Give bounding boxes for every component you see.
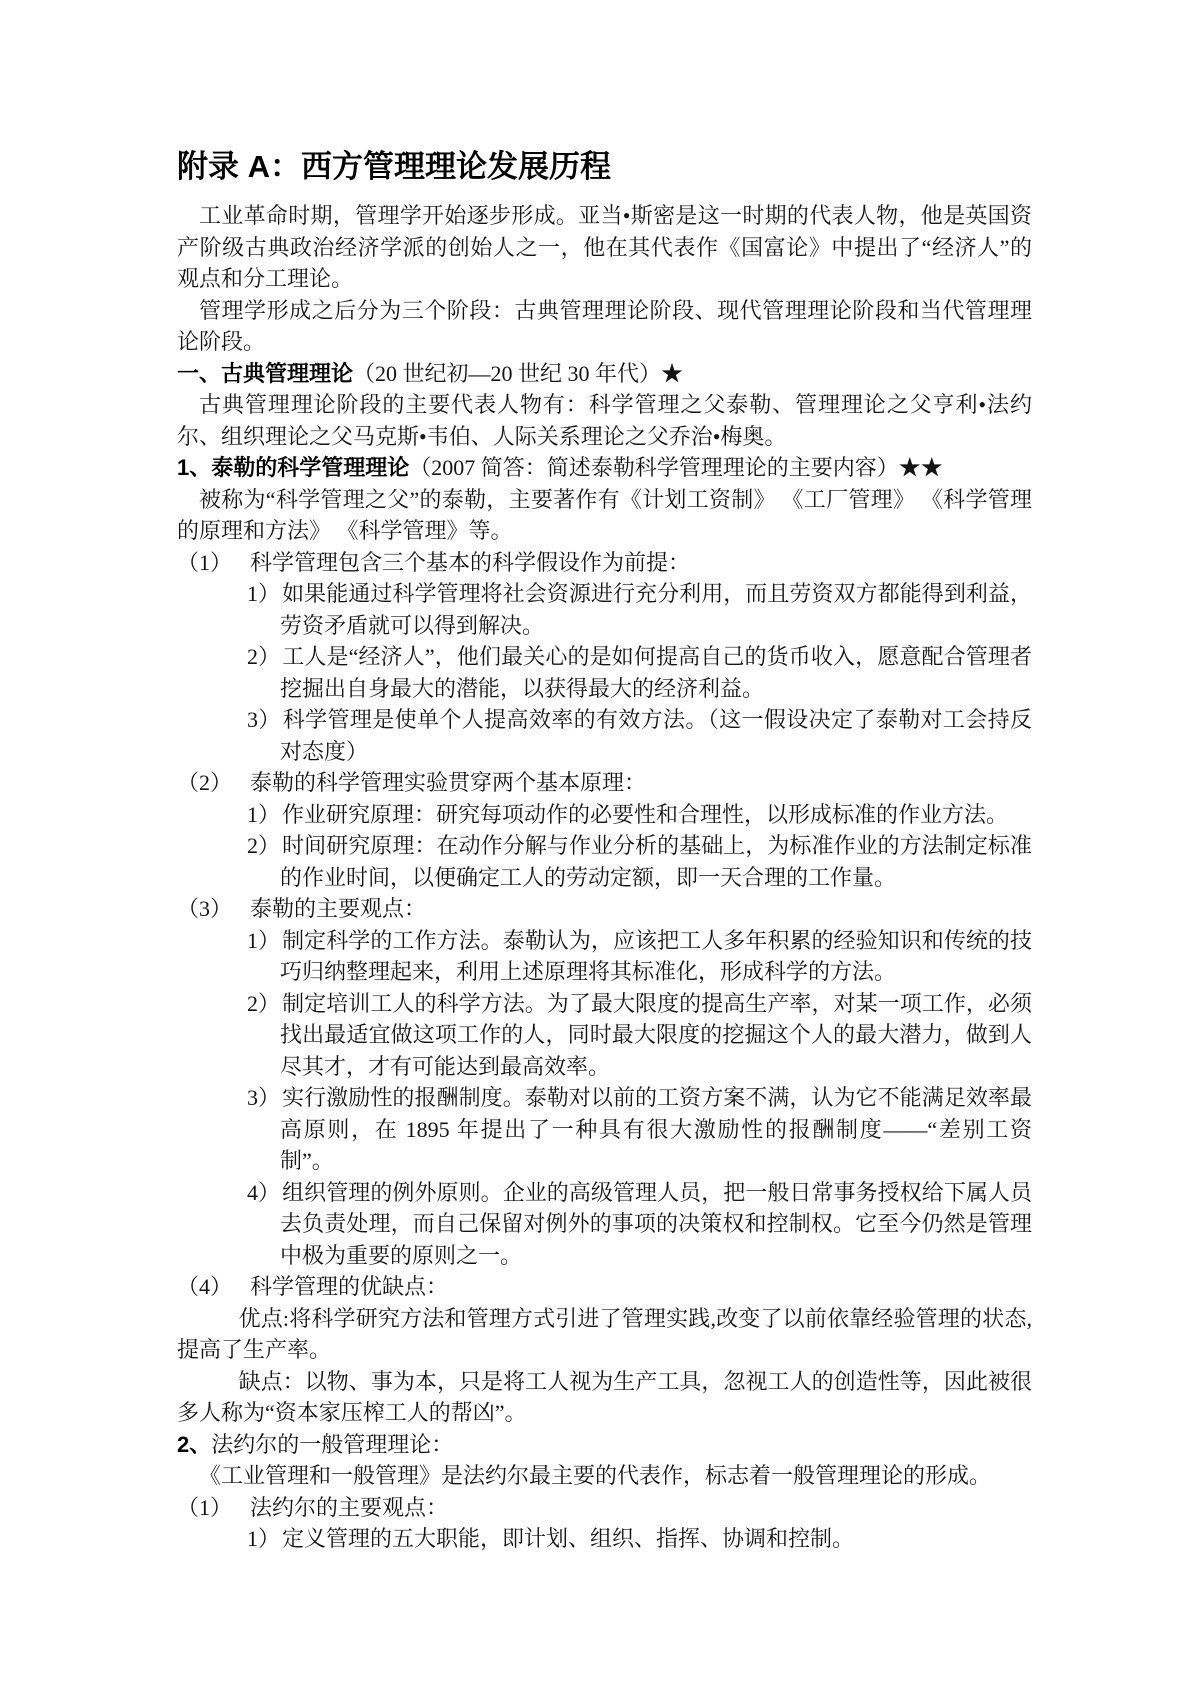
sub-point-text: 作业研究原理：研究每项动作的必要性和合理性，以形成标准的作业方法。 [282,802,1008,827]
taylor-point-3: （3）泰勒的主要观点： [177,893,1032,925]
sub-point-label: 3） [247,1085,280,1110]
fayol-works-paragraph: 《工业管理和一般管理》是法约尔最主要的代表作，标志着一般管理理论的形成。 [177,1460,1032,1492]
sub-point-label: 1） [247,928,280,953]
taylor-point-1-sub-1: 1）如果能通过科学管理将社会资源进行充分利用，而且劳资双方都能得到利益，劳资矛盾… [247,578,1032,641]
sub-point-label: 2） [247,644,280,669]
sub-point-label: 2） [247,833,280,858]
sub-point-text: 如果能通过科学管理将社会资源进行充分利用，而且劳资双方都能得到利益，劳资矛盾就可… [280,581,1032,638]
point-text: 科学管理的优缺点： [250,1274,448,1299]
page-title: 附录 A：西方管理理论发展历程 [177,147,1032,187]
sub-point-text: 工人是“经济人”，他们最关心的是如何提高自己的货币收入，愿意配合管理者挖掘出自身… [280,644,1032,701]
point-text: 科学管理包含三个基本的科学假设作为前提： [250,550,690,575]
taylor-point-2: （2）泰勒的科学管理实验贯穿两个基本原理： [177,767,1032,799]
intro-paragraph-1: 工业革命时期，管理学开始逐步形成。亚当•斯密是这一时期的代表人物，他是英国资产阶… [177,200,1032,295]
taylor-point-3-sub-4: 4）组织管理的例外原则。企业的高级管理人员，把一般日常事务授权给下属人员去负责处… [247,1177,1032,1272]
sub-point-label: 1） [247,1526,280,1551]
taylor-point-2-sub-1: 1）作业研究原理：研究每项动作的必要性和合理性，以形成标准的作业方法。 [247,799,1032,831]
point-text: 泰勒的科学管理实验贯穿两个基本原理： [250,770,646,795]
taylor-point-1: （1）科学管理包含三个基本的科学假设作为前提： [177,547,1032,579]
classical-representatives-paragraph: 古典管理理论阶段的主要代表人物有：科学管理之父泰勒、管理理论之父亨利•法约尔、组… [177,389,1032,452]
section-heading-bold-text: 一、古典管理理论 [177,361,353,386]
taylor-point-3-sub-2: 2）制定培训工人的科学方法。为了最大限度的提高生产率，对某一项工作，必须找出最适… [247,988,1032,1083]
sub-point-text: 时间研究原理：在动作分解与作业分析的基础上，为标准作业的方法制定标准的作业时间，… [280,833,1032,890]
sub-point-text: 制定培训工人的科学方法。为了最大限度的提高生产率，对某一项工作，必须找出最适宜做… [280,991,1032,1079]
sub-point-text: 科学管理是使单个人提高效率的有效方法。（这一假设决定了泰勒对工会持反对态度） [280,707,1032,764]
point-text: 泰勒的主要观点： [250,896,426,921]
taylor-advantages-paragraph: 优点:将科学研究方法和管理方式引进了管理实践,改变了以前依靠经验管理的状态,提高… [177,1303,1032,1366]
taylor-point-3-sub-3: 3）实行激励性的报酬制度。泰勒对以前的工资方案不满，认为它不能满足效率最高原则，… [247,1082,1032,1177]
point-label: （1） [177,1492,232,1524]
sub-point-text: 制定科学的工作方法。泰勒认为，应该把工人多年积累的经验知识和传统的技巧归纳整理起… [280,928,1032,985]
point-label: （2） [177,767,232,799]
sub-point-text: 实行激励性的报酬制度。泰勒对以前的工资方案不满，认为它不能满足效率最高原则，在 … [280,1085,1032,1173]
point-label: （1） [177,547,232,579]
point-text: 法约尔的主要观点： [250,1495,448,1520]
fayol-heading-bold-number: 2、 [177,1432,211,1457]
point-label: （4） [177,1271,232,1303]
taylor-disadvantages-paragraph: 缺点：以物、事为本，只是将工人视为生产工具，忽视工人的创造性等，因此被很多人称为… [177,1366,1032,1429]
taylor-point-4: （4）科学管理的优缺点： [177,1271,1032,1303]
section-heading-classical-theory: 一、古典管理理论（20 世纪初—20 世纪 30 年代）★ [177,358,1032,390]
taylor-heading-bold-text: 1、泰勒的科学管理理论 [177,455,409,480]
sub-point-label: 4） [247,1180,280,1205]
document-page: 附录 A：西方管理理论发展历程 工业革命时期，管理学开始逐步形成。亚当•斯密是这… [0,0,1190,1683]
sub-point-label: 1） [247,802,280,827]
taylor-heading-exam-note-stars: （2007 简答：简述泰勒科学管理理论的主要内容）★★ [409,455,943,480]
fayol-point-1-sub-1: 1）定义管理的五大职能，即计划、组织、指挥、协调和控制。 [247,1523,1032,1555]
point-label: （3） [177,893,232,925]
heading-fayol-general-management: 2、法约尔的一般管理理论： [177,1429,1032,1461]
fayol-heading-text: 法约尔的一般管理理论： [211,1432,453,1457]
taylor-works-paragraph: 被称为“科学管理之父”的泰勒，主要著作有《计划工资制》 《工厂管理》 《科学管理… [177,484,1032,547]
taylor-point-2-sub-2: 2）时间研究原理：在动作分解与作业分析的基础上，为标准作业的方法制定标准的作业时… [247,830,1032,893]
intro-paragraph-2: 管理学形成之后分为三个阶段：古典管理理论阶段、现代管理理论阶段和当代管理理论阶段… [177,295,1032,358]
taylor-point-1-sub-3: 3）科学管理是使单个人提高效率的有效方法。（这一假设决定了泰勒对工会持反对态度） [247,704,1032,767]
fayol-point-1: （1）法约尔的主要观点： [177,1492,1032,1524]
sub-point-text: 组织管理的例外原则。企业的高级管理人员，把一般日常事务授权给下属人员去负责处理，… [280,1180,1032,1268]
taylor-point-1-sub-2: 2）工人是“经济人”，他们最关心的是如何提高自己的货币收入，愿意配合管理者挖掘出… [247,641,1032,704]
section-heading-period-star: （20 世纪初—20 世纪 30 年代）★ [353,361,683,386]
sub-point-text: 定义管理的五大职能，即计划、组织、指挥、协调和控制。 [282,1526,854,1551]
sub-point-label: 1） [247,581,280,606]
taylor-point-3-sub-1: 1）制定科学的工作方法。泰勒认为，应该把工人多年积累的经验知识和传统的技巧归纳整… [247,925,1032,988]
heading-taylor-scientific-management: 1、泰勒的科学管理理论（2007 简答：简述泰勒科学管理理论的主要内容）★★ [177,452,1032,484]
sub-point-label: 2） [247,991,280,1016]
sub-point-label: 3） [247,707,281,732]
